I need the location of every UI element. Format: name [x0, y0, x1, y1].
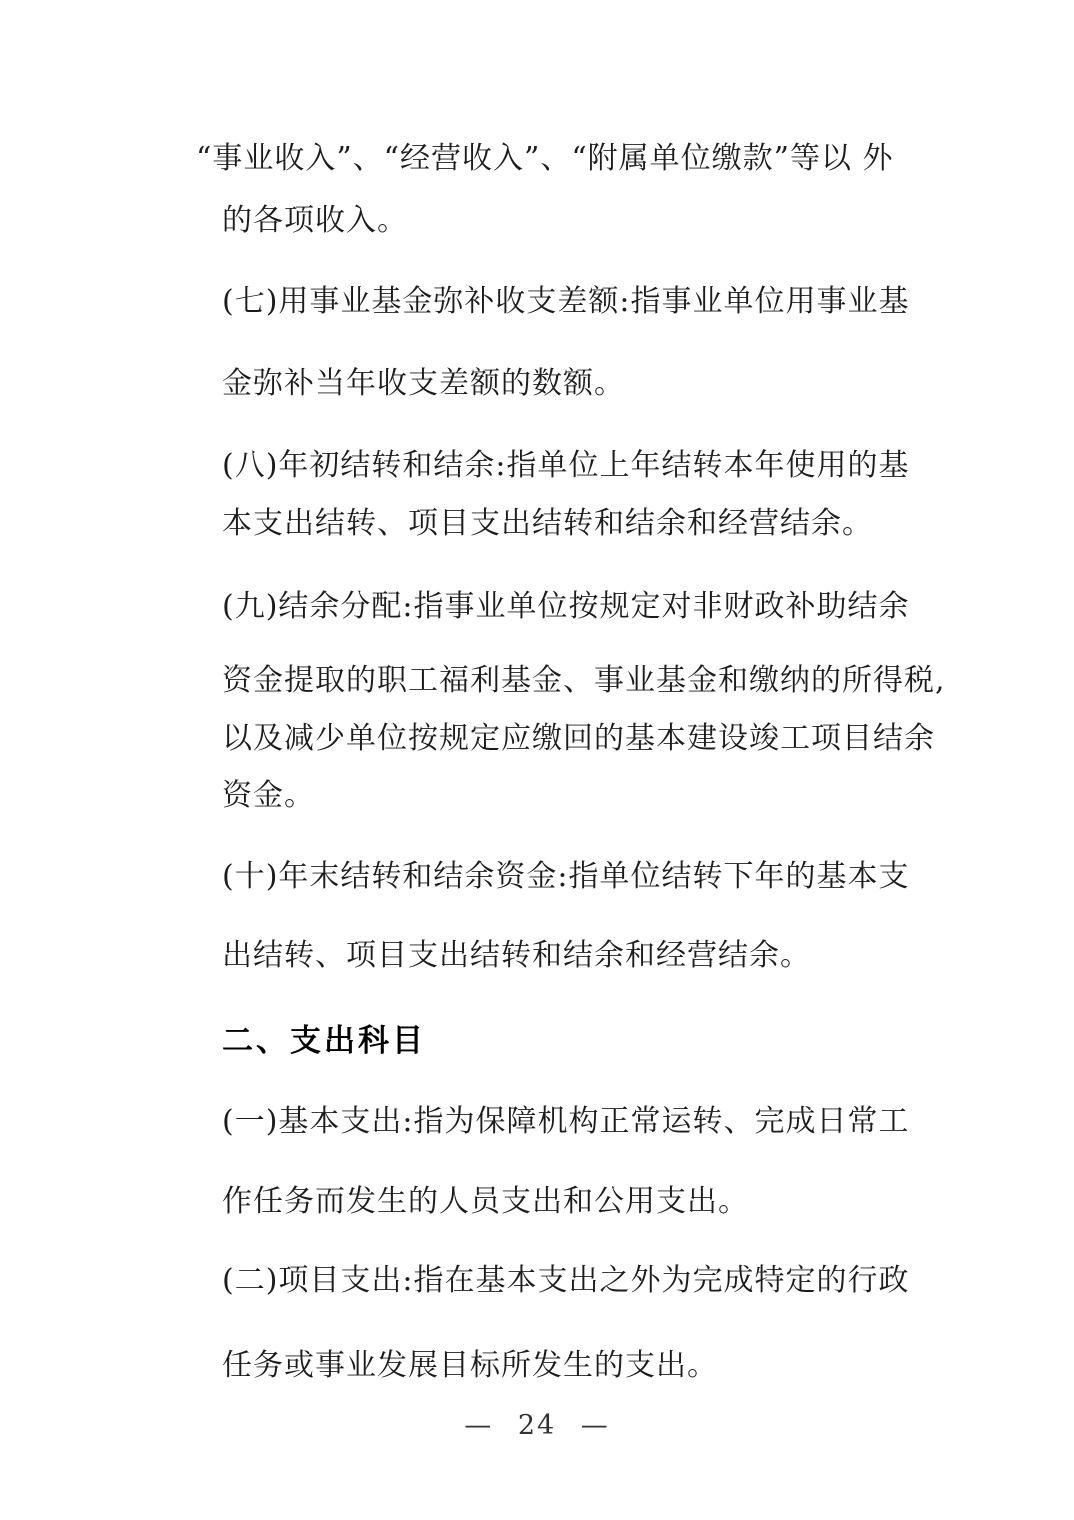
para-7-line-1: (七)用事业基金弥补收支差额:指事业单位用事业基: [222, 283, 910, 321]
para-9-line-2: 资金提取的职工福利基金、事业基金和缴纳的所得税,: [222, 662, 946, 700]
section-heading-expenditure: 二、支出科目: [222, 1022, 426, 1061]
para-8-line-2: 本支出结转、项目支出结转和结余和经营结余。: [222, 505, 873, 543]
para-10-line-1: (十)年末结转和结余资金:指单位结转下年的基本支: [222, 858, 910, 896]
para-other-income-line-1: “事业收入”、“经营收入”、“附属单位缴款”等以 外: [196, 140, 894, 178]
para-project-expenditure-line-1: (二)项目支出:指在基本支出之外为完成特定的行政: [222, 1262, 910, 1300]
para-10-line-2: 出结转、项目支出结转和结余和经营结余。: [222, 937, 811, 975]
para-9-line-3: 以及减少单位按规定应缴回的基本建设竣工项目结余: [222, 720, 935, 758]
document-page: “事业收入”、“经营收入”、“附属单位缴款”等以 外 的各项收入。 (七)用事业…: [0, 0, 1074, 1520]
page-number: — 24 —: [0, 1410, 1074, 1441]
para-basic-expenditure-line-2: 作任务而发生的人员支出和公用支出。: [222, 1183, 749, 1221]
para-other-income-line-2: 的各项收入。: [222, 202, 408, 240]
para-7-line-2: 金弥补当年收支差额的数额。: [222, 365, 625, 403]
para-basic-expenditure-line-1: (一)基本支出:指为保障机构正常运转、完成日常工: [222, 1103, 910, 1141]
para-9-line-4: 资金。: [222, 777, 315, 815]
para-8-line-1: (八)年初结转和结余:指单位上年结转本年使用的基: [222, 447, 910, 485]
para-project-expenditure-line-2: 任务或事业发展目标所发生的支出。: [222, 1347, 718, 1385]
para-9-line-1: (九)结余分配:指事业单位按规定对非财政补助结余: [222, 588, 910, 626]
